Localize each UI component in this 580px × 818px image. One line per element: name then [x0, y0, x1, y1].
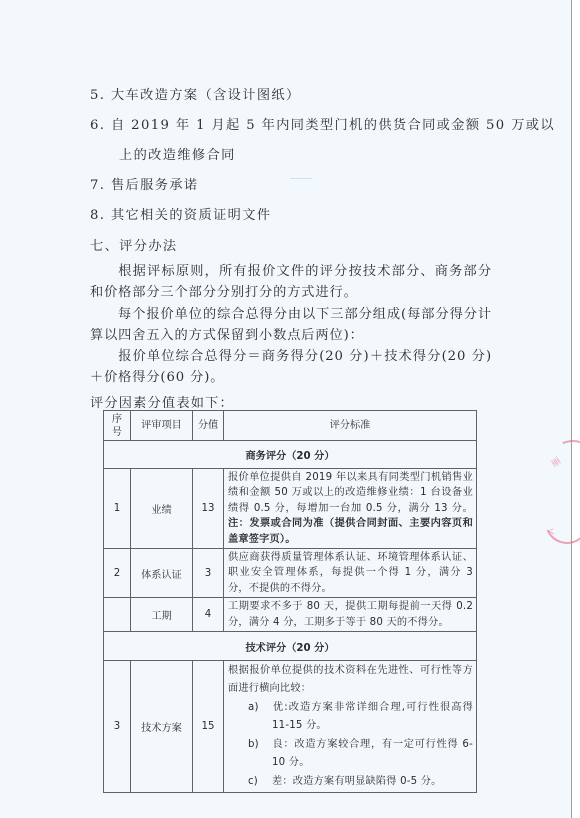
paragraph-text: 报价单位综合总得分＝商务得分(20 分)＋技术得分(20 分)＋价格得分(60 … [90, 349, 492, 385]
sub-item-text: 良：改造方案较合理，有一定可行性得 6-10 分。 [272, 739, 473, 768]
table-header-row: 序号 评审项目 分值 评分标准 [104, 411, 477, 441]
cell-item: 工期 [131, 598, 193, 632]
cell-score: 3 [193, 549, 224, 598]
paragraph-principle: 根据评标原则，所有报价文件的评分按技术部分、商务部分和价格部分三个部分分别打分的… [90, 261, 492, 304]
cell-criteria: 根据报价单位提供的技术资料在先进性、可行性等方面进行横向比较： a)优:改造方案… [224, 661, 477, 793]
cell-score: 15 [193, 661, 224, 793]
cell-score: 4 [193, 598, 224, 632]
paragraph-text: 根据评标原则，所有报价文件的评分按技术部分、商务部分和价格部分三个部分分别打分的… [90, 264, 492, 300]
cell-criteria: 供应商获得质量管理体系认证、环境管理体系认证、职业安全管理体系，每提供一个得 1… [224, 549, 477, 598]
scan-mark [290, 178, 312, 179]
criteria-note: 注：发票或合同为准（提供合同封面、主要内容页和盖章签字页）。 [228, 518, 473, 544]
cell-score: 13 [193, 469, 224, 549]
paragraph-formula: 报价单位综合总得分＝商务得分(20 分)＋技术得分(20 分)＋价格得分(60 … [90, 346, 492, 389]
sub-item-text: 差：改造方案有明显缺陷得 0-5 分。 [272, 776, 442, 787]
cell-item: 体系认证 [131, 549, 193, 598]
section-row-business: 商务评分（20 分） [104, 441, 477, 469]
header-score: 分值 [193, 411, 224, 441]
section-title: 技术评分（20 分） [104, 632, 477, 661]
table-caption: 评分因素分值表如下： [90, 392, 234, 411]
list-item-5: 5. 大车改造方案（含设计图纸） [90, 84, 301, 103]
criteria-text: 根据报价单位提供的技术资料在先进性、可行性等方面进行横向比较： [228, 665, 473, 694]
table-row: 工期 4 工期要求不多于 80 天，提供工期每提前一天得 0.2 分，满分 4 … [104, 598, 477, 632]
cell-item: 业绩 [131, 469, 193, 549]
paragraph-composition: 每个报价单位的综合总得分由以下三部分组成(每部分得分计算以四舍五入的方式保留到小… [90, 304, 492, 347]
cell-item: 技术方案 [131, 661, 193, 793]
cell-criteria: 工期要求不多于 80 天，提供工期每提前一天得 0.2 分，满分 4 分，工期多… [224, 598, 477, 632]
list-item-6: 6. 自 2019 年 1 月起 5 年内同类型门机的供货合同或金额 50 万或… [90, 114, 555, 133]
section-row-technical: 技术评分（20 分） [104, 632, 477, 661]
section-title: 商务评分（20 分） [104, 441, 477, 469]
sub-item-label: b) [248, 736, 272, 754]
header-criteria: 评分标准 [224, 411, 477, 441]
table-row: 1 业绩 13 报价单位提供自 2019 年以来具有同类型门机销售业绩和金额 5… [104, 469, 477, 549]
table-row: 3 技术方案 15 根据报价单位提供的技术资料在先进性、可行性等方面进行横向比较… [104, 661, 477, 793]
cell-seq: 3 [104, 661, 131, 793]
criteria-text: 报价单位提供自 2019 年以来具有同类型门机销售业绩和金额 50 万或以上的改… [228, 472, 473, 514]
sub-item-a: a)优:改造方案非常详细合理,可行性很高得 11-15 分。 [248, 699, 473, 736]
header-item: 评审项目 [131, 411, 193, 441]
list-item-7: 7. 售后服务承诺 [90, 174, 199, 193]
sub-item-label: c) [248, 773, 272, 791]
table-row: 2 体系认证 3 供应商获得质量管理体系认证、环境管理体系认证、职业安全管理体系… [104, 549, 477, 598]
cell-criteria: 报价单位提供自 2019 年以来具有同类型门机销售业绩和金额 50 万或以上的改… [224, 469, 477, 549]
sub-item-text: 优:改造方案非常详细合理,可行性很高得 11-15 分。 [272, 702, 473, 731]
sub-item-label: a) [248, 699, 272, 717]
paragraph-text: 每个报价单位的综合总得分由以下三部分组成(每部分得分计算以四舍五入的方式保留到小… [90, 307, 492, 343]
list-item-8: 8. 其它相关的资质证明文件 [90, 204, 271, 223]
sub-item-b: b)良：改造方案较合理，有一定可行性得 6-10 分。 [248, 736, 473, 773]
page-edge [571, 0, 580, 818]
sub-item-c: c)差：改造方案有明显缺陷得 0-5 分。 [248, 773, 473, 791]
cell-seq: 1 [104, 469, 131, 549]
section-heading: 七、评分办法 [90, 235, 178, 254]
scoring-table: 序号 评审项目 分值 评分标准 商务评分（20 分） 1 业绩 13 报价单位提… [103, 410, 477, 793]
cell-seq: 2 [104, 549, 131, 598]
cell-seq [104, 598, 131, 632]
seal-stamp-mark [539, 494, 580, 550]
header-seq: 序号 [104, 411, 131, 441]
list-item-6-continued: 上的改造维修合同 [119, 144, 236, 163]
